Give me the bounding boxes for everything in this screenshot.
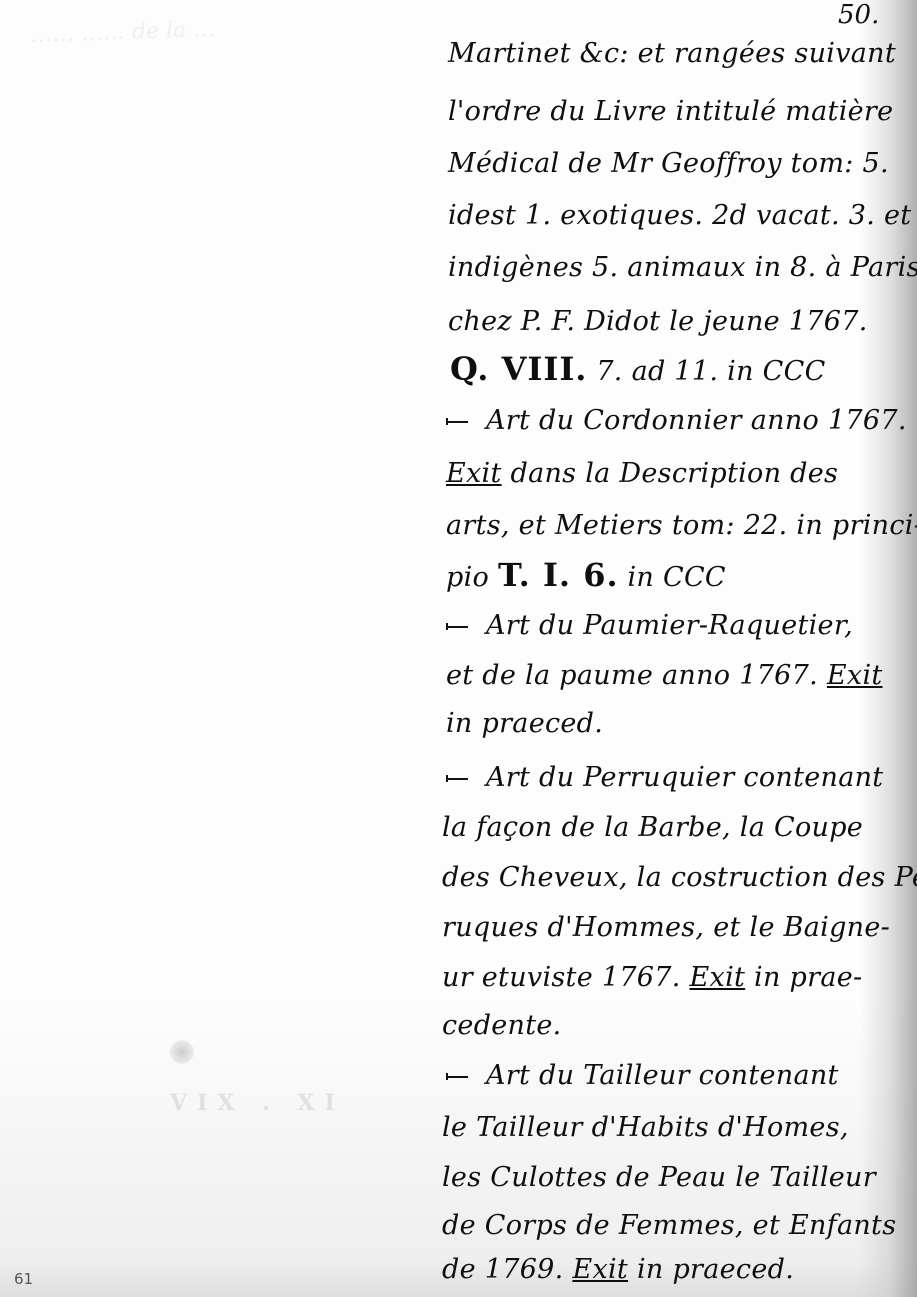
entry-paumier-line: et de la paume anno 1767. Exit [446, 660, 883, 691]
shelfmark-detail: 7. ad 11. in CCC [596, 356, 825, 387]
shelfmark: Q. VIII. [450, 350, 587, 388]
manuscript-line: Médical de Mr Geoffroy tom: 5. [448, 148, 889, 179]
shelfmark-line: pio T. I. 6. in CCC [446, 556, 726, 594]
entry-dash-icon [446, 778, 468, 780]
entry-dash-icon [446, 421, 468, 423]
entry-cordonnier-line: Exit dans la Description des [446, 458, 838, 489]
ink-smudge [170, 1040, 194, 1064]
manuscript-line: chez P. F. Didot le jeune 1767. [448, 306, 868, 337]
bleed-through-text: …… …… de la … [30, 17, 216, 48]
manuscript-line: l'ordre du Livre intitulé matière [448, 96, 893, 127]
entry-cordonnier-line: Art du Cordonnier anno 1767. [446, 405, 907, 436]
entry-perruquier-line: ur etuviste 1767. Exit in prae- [442, 962, 862, 993]
entry-dash-icon [446, 626, 468, 628]
shelfmark-detail: in CCC [627, 562, 725, 593]
entry-paumier-line: Art du Paumier-Raquetier, [446, 610, 853, 641]
entry-tailleur-line: les Culottes de Peau le Tailleur [442, 1162, 876, 1193]
exit-mark: Exit [827, 660, 883, 691]
entry-tailleur-line: de Corps de Femmes, et Enfants [442, 1210, 896, 1241]
entry-perruquier-line: cedente. [442, 1010, 562, 1041]
entry-paumier-line: in praeced. [446, 708, 603, 739]
exit-mark: Exit [690, 962, 746, 993]
exit-mark: Exit [446, 458, 502, 489]
entry-tailleur-line: de 1769. Exit in praeced. [442, 1254, 794, 1285]
entry-dash-icon [446, 1076, 468, 1078]
corner-number: 61 [14, 1270, 33, 1288]
manuscript-line: Martinet &c: et rangées suivant [448, 38, 896, 69]
entry-perruquier-line: des Cheveux, la costruction des Per- [442, 862, 917, 893]
manuscript-line: idest 1. exotiques. 2d vacat. 3. et 4. [448, 200, 917, 231]
manuscript-page: …… …… de la … VIX . XI 50. 61 Martinet &… [0, 0, 917, 1297]
exit-mark: Exit [572, 1254, 628, 1285]
entry-perruquier-line: la façon de la Barbe, la Coupe [442, 812, 863, 843]
entry-tailleur-line: le Tailleur d'Habits d'Homes, [442, 1112, 849, 1143]
entry-perruquier-line: ruques d'Hommes, et le Baigne- [442, 912, 890, 943]
shelfmark-line: Q. VIII. 7. ad 11. in CCC [450, 350, 826, 388]
manuscript-line: indigènes 5. animaux in 8. à Paris [448, 252, 917, 283]
entry-perruquier-line: Art du Perruquier contenant [446, 762, 883, 793]
bleed-through-text: VIX . XI [170, 1090, 345, 1116]
entry-cordonnier-line: arts, et Metiers tom: 22. in princi- [446, 510, 917, 541]
folio-number: 50. [838, 0, 879, 30]
shelfmark: T. I. 6. [498, 556, 619, 594]
entry-tailleur-line: Art du Tailleur contenant [446, 1060, 839, 1091]
